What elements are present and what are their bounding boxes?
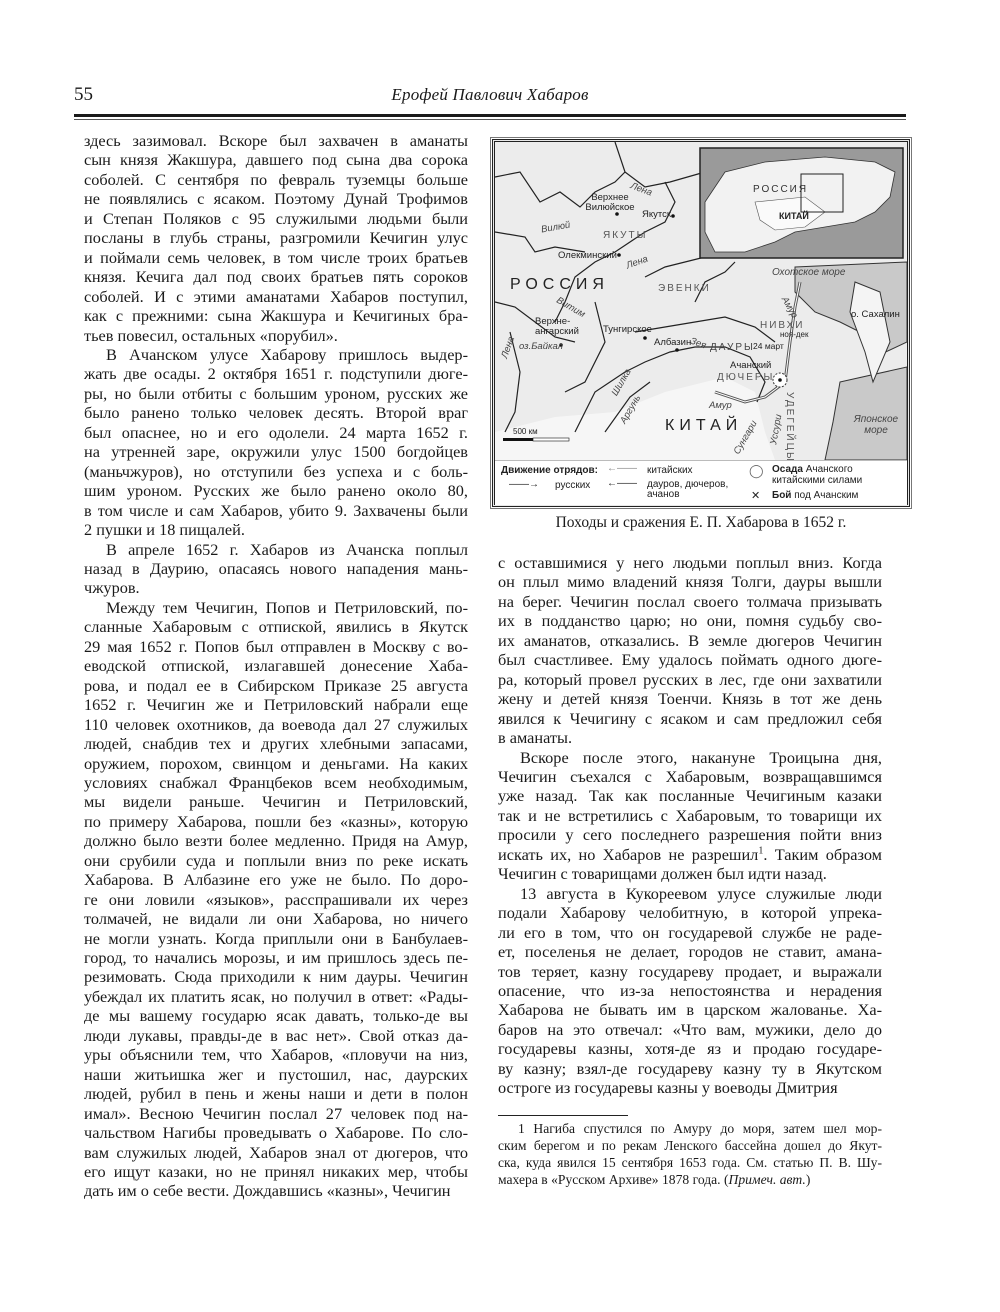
text-line: имал». Весною Чечигин послал 27 человек … (84, 1104, 468, 1123)
text-line: на берег. Чечигин послал своего толмача … (498, 592, 882, 611)
text-line: их в подданство царю; но они, помня судь… (498, 611, 882, 630)
text-line: сын князя Жакшура, давшего под сына два … (84, 150, 468, 169)
running-title: Ерофей Павлович Хабаров (74, 85, 906, 105)
label-achansky: Ачанский (730, 360, 771, 371)
text-line: толмачей, не видали ли они Хабарова, но … (84, 909, 468, 928)
text-line: 110 человек охотников, да воевода дал 27… (84, 715, 468, 734)
legend-battle: Бой под Ачанским (772, 490, 858, 501)
label-sakhalin: о. Сахалин (851, 309, 900, 320)
inset-label-russia: РОССИЯ (753, 184, 808, 195)
text-line: Хабарова не бывать им в царском жаловань… (498, 1000, 882, 1019)
footnote-rule (498, 1115, 628, 1116)
label-yakutsk: Якутск (642, 209, 671, 220)
text-line: ву казну; взял-де государеву казну ту в … (498, 1059, 882, 1078)
right-column: с оставшимися у него людьми поплыл вниз.… (498, 553, 882, 1098)
text-line: должно было везти более медленно. Придя … (84, 831, 468, 850)
footnote: 1 Нагиба спустился по Амуру до моря, зат… (498, 1120, 882, 1188)
text-line: с оставшимися у него людьми поплыл вниз.… (498, 553, 882, 572)
text-line: дать им о себе вести. Дождавшись «казны»… (84, 1181, 468, 1200)
text-line: в аманаты. (498, 728, 882, 747)
label-evenki: ЭВЕНКИ (658, 283, 711, 294)
text-line: остроге из государевы казны у воеводы Дм… (498, 1078, 882, 1097)
text-line: и Степан Поляков с 95 служилыми людьми б… (84, 209, 468, 228)
footnote-line: 1 Нагиба спустился по Амуру до моря, зат… (498, 1120, 882, 1137)
legend-russian: русских (555, 480, 590, 491)
text-line: чжуров. (84, 578, 468, 597)
text-line: 2 пушки и 18 пищалей. (84, 520, 468, 539)
text-line: наши житьишка жег и пустошил, нас, даурс… (84, 1065, 468, 1084)
text-line: подали Хабарову челобитную, в которой уп… (498, 903, 882, 922)
label-okhotsk-sea: Охотское море (772, 267, 845, 278)
legend-movement-title: Движение отрядов: (501, 465, 598, 476)
text-line: тов теряет, казну государеву продает, и … (498, 962, 882, 981)
text-line: люди лукавы, правды-де в вас нет». Свой … (84, 1026, 468, 1045)
text-line: чальством Нагибы проведывать о Хабарове.… (84, 1123, 468, 1142)
text-line: назад в Даурию, опасаясь нового нападени… (84, 559, 468, 578)
label-nov-dek: ноя-дек (780, 330, 808, 339)
text-line: ры, но были отбиты с большим уроном, рус… (84, 384, 468, 403)
text-line: шим уроном. Русских же было ранено около… (84, 481, 468, 500)
label-duchery: ДЮЧЕРЫ (717, 372, 774, 383)
text-line: соболей. С сентября по февраль туземцы б… (84, 170, 468, 189)
text-line: опасение, что из-за непостоянства и нера… (498, 981, 882, 1000)
text-line: рова, и подал ее в Сибирском Приказе 25 … (84, 676, 468, 695)
text-line: просили у сего последнего разрешения пой… (498, 825, 882, 844)
text-line: уры объяснили тем, что Хабаров, «пловучи… (84, 1045, 468, 1064)
text-line: ге они ловили «языков», расспрашивали их… (84, 890, 468, 909)
label-daury: ДАУРЫ (710, 342, 755, 353)
text-line: был счастливее. Ему удалось поймать одно… (498, 650, 882, 669)
author-note: Примеч. авт. (729, 1172, 806, 1187)
map-legend: Движение отрядов: ←—— китайских ——→ русс… (495, 460, 907, 505)
text-fragment: . Таким образом (763, 845, 882, 864)
text-line: в том числе и сам Хабаров, убито 9. Захв… (84, 501, 468, 520)
text-line: Чечигин с товарищами должен был идти наз… (498, 864, 882, 883)
label-albazin: Албазин (654, 337, 691, 348)
text-line: ра, который провел русских в лес, где он… (498, 670, 882, 689)
legend-arrow-russian-icon: ——→ (509, 479, 539, 490)
legend-locals: дауров, дючеров, ачанов (647, 480, 747, 502)
legend-arrow-chinese-icon: ←—— (607, 463, 637, 474)
legend-battle-icon: ✕ (751, 489, 760, 502)
text-line: В апреле 1652 г. Хабаров из Ачанска попл… (84, 540, 468, 559)
legend-siege-icon: ◯ (749, 463, 764, 479)
inset-label-china: КИТАЙ (779, 211, 809, 221)
label-verkhneangarsky: Верхне- ангарский (535, 317, 580, 337)
text-line: В Ачанском улусе Хабарову пришлось выдер… (84, 345, 468, 364)
text-line: Вскоре после этого, накануне Троицына дн… (498, 748, 882, 767)
text-line: как с прежними: сына Жакшура и Кечигиных… (84, 306, 468, 325)
text-line: явился к Чечигину с ясаком и сам предлож… (498, 709, 882, 728)
text-line: людей, рубил в пень и жены наши и дети в… (84, 1084, 468, 1103)
text-line: на утренней заре, окружили улус 1500 бог… (84, 442, 468, 461)
label-udegeitsy: УДЕГЕЙЦЫ (784, 392, 795, 463)
text-line: 1652 г. Чечигин же и Петриловский набрал… (84, 695, 468, 714)
text-line: он плыл мимо владений князя Толги, дауры… (498, 572, 882, 591)
text-line: 13 августа в Кукореевом улусе служилые л… (498, 884, 882, 903)
footnote-line: махера в «Русском Архиве» 1878 года. (Пр… (498, 1171, 882, 1188)
text-line: жену и детей князя Тоенчи. Князь в тот ж… (498, 689, 882, 708)
footnote-line: ска, куда явился 15 сентября 1653 года. … (498, 1154, 882, 1171)
text-line: соболей. И с этими аманатами Хабаров пос… (84, 287, 468, 306)
label-baikal: оз.Байкал (519, 341, 563, 352)
text-line: здесь зазимовал. Вскоре был захвачен в а… (84, 131, 468, 150)
text-line: вам служилых людей, Хабаров знал от дюге… (84, 1143, 468, 1162)
text-line: посланы в глубь страны, разгромили Кечиг… (84, 228, 468, 247)
label-yakuty: ЯКУТЫ (603, 230, 647, 241)
text-line: мы видели раньше. Чечигин и Петриловский… (84, 792, 468, 811)
legend-siege: Осада Ачанского китайскими силами (772, 464, 907, 486)
text-line: был опаснее, но и его одолели. 24 марта … (84, 423, 468, 442)
text-line: не могли узнать. Когда приплыли они в Ба… (84, 929, 468, 948)
legend-chinese: китайских (647, 465, 693, 476)
text-line: (маньчжуров), но отступили без успеха и … (84, 462, 468, 481)
legend-arrow-locals-icon: ←—— (607, 478, 637, 489)
text-line: Хабарова. В Албазине его уже не было. По… (84, 870, 468, 889)
text-line: было ранено только человек десять. Второ… (84, 403, 468, 422)
text-line: условиях снабжал Францбеков всем необход… (84, 773, 468, 792)
text-line: так и не встретились с Хабаровым, то тов… (498, 806, 882, 825)
header-rule-thin (74, 119, 906, 120)
text-line: его ищут казаки, но не принял никаких ме… (84, 1162, 468, 1181)
text-line: Между тем Чечигин, Попов и Петриловский,… (84, 598, 468, 617)
label-japan-sea: Японское море (851, 414, 901, 436)
text-line: их аманатов, отказались. В земле дюгеров… (498, 631, 882, 650)
text-line: жать две осады. 2 октября 1651 г. подсту… (84, 364, 468, 383)
label-olekminsky: Олекминский (558, 250, 617, 261)
figure-caption: Походы и сражения Е. П. Хабарова в 1652 … (492, 514, 910, 532)
text-line: искать их, но Хабаров не разрешил1. Таки… (498, 845, 882, 864)
text-line: де мы вашему государю ясак давать, тольк… (84, 1006, 468, 1025)
label-amur: Амур (709, 400, 732, 411)
label-scale: 500 км (513, 427, 538, 436)
left-column: здесь зазимовал. Вскоре был захвачен в а… (84, 131, 468, 1201)
text-line: тьев повесил, остальных «порубил». (84, 326, 468, 345)
text-line: баров на это отвечал: «Что вам, мужики, … (498, 1020, 882, 1039)
label-russia: РОССИЯ (510, 276, 609, 294)
text-line: уже назад. Так как посланные Чечигиным к… (498, 786, 882, 805)
header-rule-thick (74, 114, 906, 117)
footnote-line: ским берегом и по рекам Ленского бассейн… (498, 1137, 882, 1154)
text-line: город, то начались морозы, и им пришлось… (84, 948, 468, 967)
text-line: сланные Хабаровым с отпиской, явились в … (84, 617, 468, 636)
text-line: и поймали семь человек, в том числе трои… (84, 248, 468, 267)
text-line: они срубили суда и поплыли вниз по реке … (84, 851, 468, 870)
text-line: ет, поселенья не делает, городов не став… (498, 942, 882, 961)
text-line: Чечигин съехался с Хабаровым, возвращавш… (498, 767, 882, 786)
label-24-march: 24 март (753, 341, 784, 351)
text-line: по примеру Хабарова, пошли без «казны», … (84, 812, 468, 831)
text-line: 29 мая 1652 г. Попов был отправлен в Мос… (84, 637, 468, 656)
label-china: КИТАЙ (665, 417, 742, 435)
text-line: оружием, порохом, свинцом и деньгами. На… (84, 754, 468, 773)
text-line: людей, снабдив тех и других хлебными зап… (84, 734, 468, 753)
text-line: резимовать. Сюда приходили к ним дауры. … (84, 967, 468, 986)
map-figure: РОССИЯ КИТАЙ Верхнее Вилюйское Якутск ЯК… (492, 139, 910, 507)
text-line: еводской отпиской, излагавшей донесение … (84, 656, 468, 675)
label-verkhnee-vilyuiskoe: Верхнее Вилюйское (580, 193, 640, 213)
text-line: убеждал их платить ясак, но получил в от… (84, 987, 468, 1006)
text-line: не появлялись с ясаком. Поэтому Дунай Тр… (84, 189, 468, 208)
page-header: 55 Ерофей Павлович Хабаров (74, 84, 906, 114)
text-line: князя. Кечига дал под своих братьев пять… (84, 267, 468, 286)
text-line: ли его в том, что он государевой службе … (498, 923, 882, 942)
text-line: государевы казны, хотя-де яз и продаю го… (498, 1039, 882, 1058)
label-tungirskoe: Тунгирское (603, 324, 652, 335)
